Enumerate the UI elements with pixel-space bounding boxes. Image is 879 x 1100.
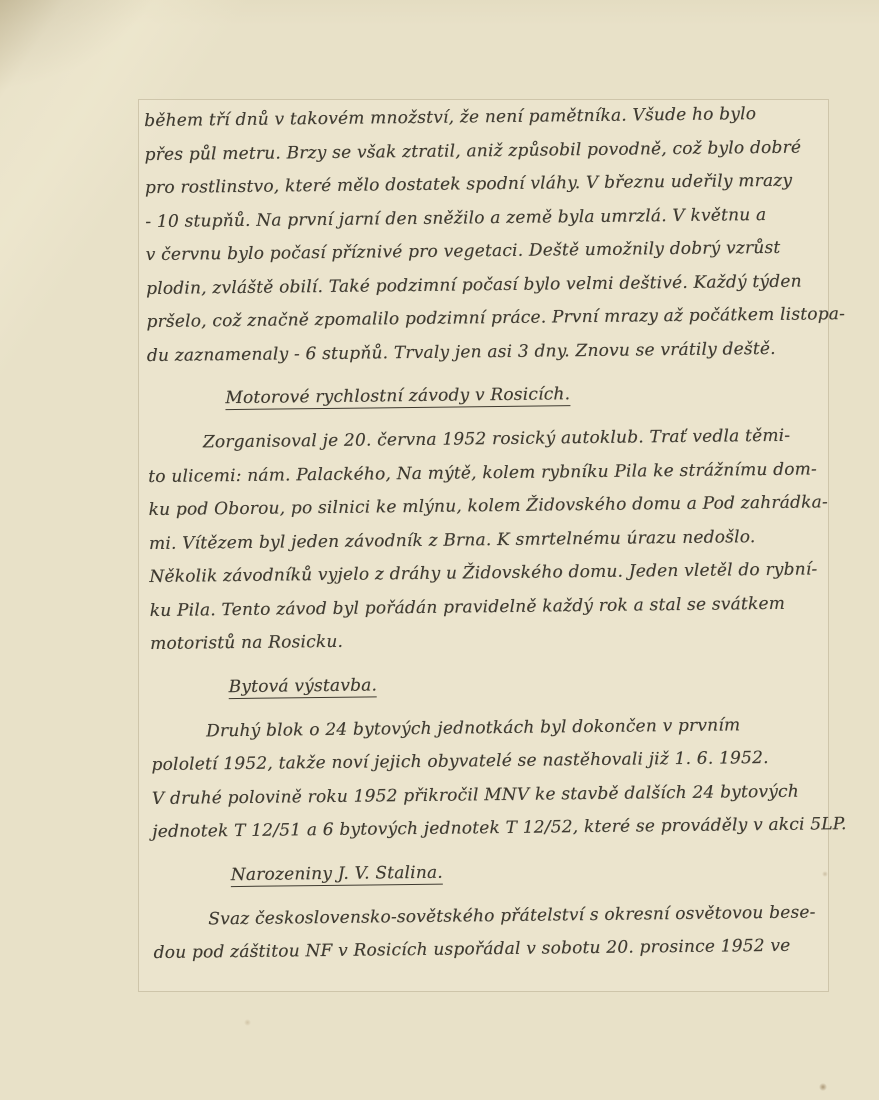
paragraph: během tří dnů v takovém množství, že nen… [144, 97, 837, 373]
section-heading-text: Motorové rychlostní závody v Rosicích. [225, 384, 570, 410]
manuscript-line: du zaznamenaly - 6 stupňů. Trvaly jen as… [147, 332, 837, 373]
paragraph: Druhý blok o 24 bytových jednotkách byl … [151, 708, 842, 850]
paper-stain [819, 1083, 827, 1091]
manuscript-text: během tří dnů v takovém množství, že nen… [144, 97, 844, 970]
paper-stain [244, 1019, 251, 1026]
manuscript-line: jednotek T 12/51 a 6 bytových jednotek T… [152, 808, 842, 849]
section-heading: Narozeniny J. V. Stalina. [231, 852, 843, 892]
writing-area-frame: během tří dnů v takovém množství, že nen… [138, 99, 829, 992]
scanned-page: během tří dnů v takovém množství, že nen… [0, 0, 879, 1100]
manuscript-line: motoristů na Rosicku. [150, 620, 840, 661]
paragraph: Svaz československo-sovětského přátelstv… [153, 896, 844, 971]
section-heading: Bytová výstavba. [228, 664, 840, 704]
section-heading-text: Bytová výstavba. [228, 675, 377, 699]
section-heading: Motorové rychlostní závody v Rosicích. [225, 375, 837, 415]
manuscript-line: dou pod záštitou NF v Rosicích uspořádal… [153, 929, 843, 970]
section-heading-text: Narozeniny J. V. Stalina. [231, 862, 443, 886]
paragraph: Zorganisoval je 20. června 1952 rosický … [148, 419, 841, 661]
